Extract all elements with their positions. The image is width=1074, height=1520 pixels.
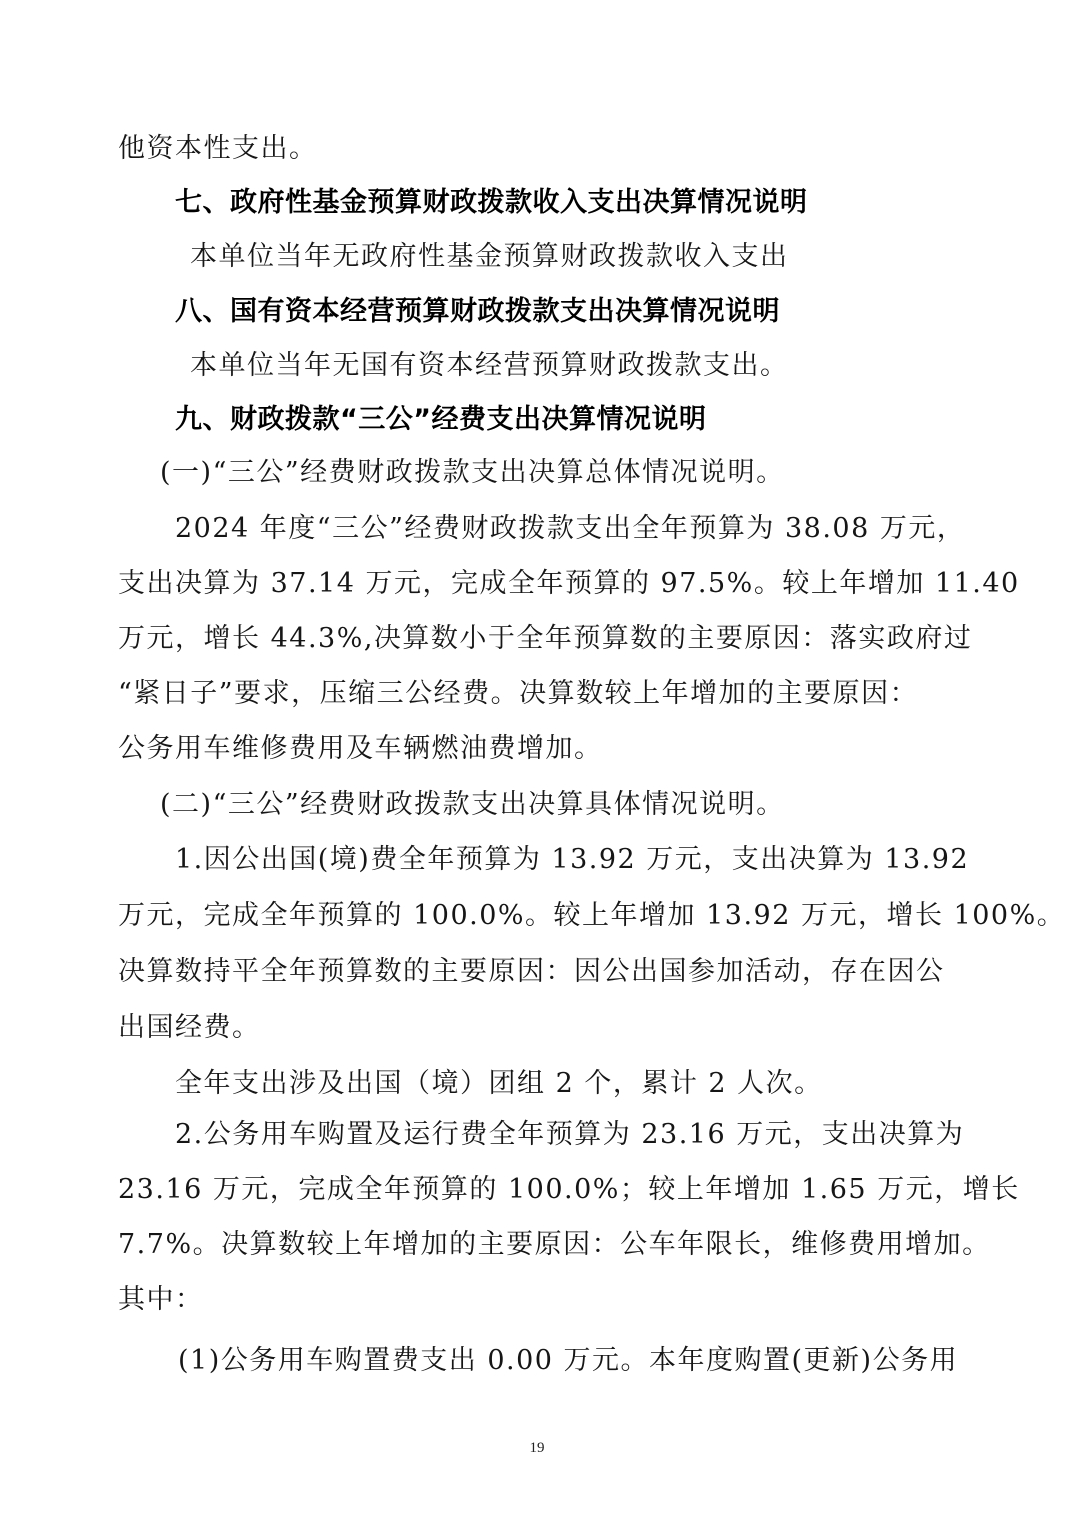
paragraph-vehicle-purchase-line-1: (1)公务用车购置费支出 0.00 万元。本年度购置(更新)公务用 xyxy=(178,1344,958,1378)
paragraph-overall-line-1: 2024 年度“三公”经费财政拨款支出全年预算为 38.08 万元， xyxy=(175,512,965,546)
section-body-7: 本单位当年无政府性基金预算财政拨款收入支出 xyxy=(190,240,789,274)
section-heading-7: 七、政府性基金预算财政拨款收入支出决算情况说明 xyxy=(175,186,808,220)
paragraph-vehicles-line-1: 2.公务用车购置及运行费全年预算为 23.16 万元，支出决算为 xyxy=(175,1118,964,1152)
paragraph-overall-line-2: 支出决算为 37.14 万元，完成全年预算的 97.5%。较上年增加 11.40 xyxy=(118,567,1020,601)
paragraph-overall-line-4: “紧日子”要求，压缩三公经费。决算数较上年增加的主要原因： xyxy=(118,677,918,711)
paragraph-outbound-line-2: 万元，完成全年预算的 100.0%。较上年增加 13.92 万元，增长 100%… xyxy=(118,899,1065,933)
paragraph-outbound-line-3: 决算数持平全年预算数的主要原因：因公出国参加活动，存在因公 xyxy=(118,955,945,989)
paragraph-continuation: 他资本性支出。 xyxy=(118,132,318,166)
paragraph-vehicles-line-3: 7.7%。决算数较上年增加的主要原因：公车年限长，维修费用增加。 xyxy=(118,1228,991,1262)
paragraph-outbound-groups: 全年支出涉及出国（境）团组 2 个，累计 2 人次。 xyxy=(175,1067,823,1101)
section-body-8: 本单位当年无国有资本经营预算财政拨款支出。 xyxy=(190,349,789,383)
paragraph-vehicles-line-4: 其中： xyxy=(118,1283,204,1317)
paragraph-outbound-line-1: 1.因公出国(境)费全年预算为 13.92 万元，支出决算为 13.92 xyxy=(175,843,969,877)
paragraph-vehicles-line-2: 23.16 万元，完成全年预算的 100.0%；较上年增加 1.65 万元，增长 xyxy=(118,1173,1020,1207)
paragraph-overall-line-5: 公务用车维修费用及车辆燃油费增加。 xyxy=(118,732,603,766)
document-page: 他资本性支出。 七、政府性基金预算财政拨款收入支出决算情况说明 本单位当年无政府… xyxy=(0,0,1074,1520)
page-number: 19 xyxy=(0,1440,1074,1457)
subsection-heading-1: (一)“三公”经费财政拨款支出决算总体情况说明。 xyxy=(160,456,785,490)
paragraph-overall-line-3: 万元，增长 44.3%,决算数小于全年预算数的主要原因：落实政府过 xyxy=(118,622,972,656)
section-heading-8: 八、国有资本经营预算财政拨款支出决算情况说明 xyxy=(175,295,780,329)
subsection-heading-2: (二)“三公”经费财政拨款支出决算具体情况说明。 xyxy=(160,788,785,822)
paragraph-outbound-line-4: 出国经费。 xyxy=(118,1011,261,1045)
section-heading-9: 九、财政拨款“三公”经费支出决算情况说明 xyxy=(175,403,707,437)
